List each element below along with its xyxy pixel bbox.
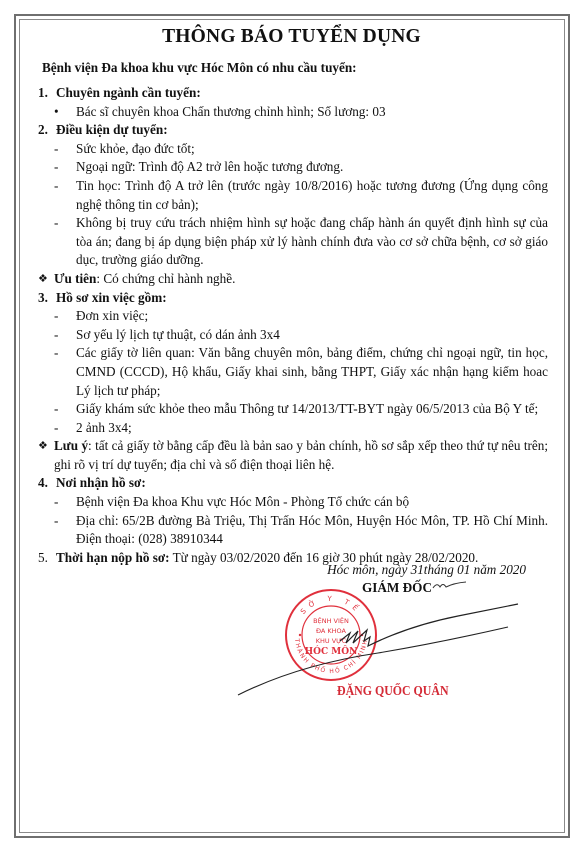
svg-text:BỆNH VIỆN: BỆNH VIỆN	[313, 616, 349, 625]
document-body: 1. Chuyên ngành cần tuyển: • Bác sĩ chuy…	[38, 84, 548, 567]
note-text: : tất cả giấy tờ bằng cấp đều là bản sao…	[54, 438, 548, 472]
section-number: 4.	[38, 474, 56, 493]
svg-text:SỞ Y TẾ: SỞ Y TẾ	[299, 595, 364, 616]
dash-icon: -	[54, 493, 76, 512]
list-item-text: Bác sĩ chuyên khoa Chấn thương chỉnh hìn…	[76, 103, 548, 122]
list-item-text: Các giấy tờ liên quan: Văn bằng chuyên m…	[76, 344, 548, 400]
list-item-text: Giấy khám sức khỏe theo mẫu Thông tư 14/…	[76, 400, 548, 419]
diamond-bullet-icon: ❖	[38, 437, 54, 474]
priority-note: ❖ Ưu tiên: Có chứng chỉ hành nghề.	[38, 270, 548, 289]
section-number: 5.	[38, 549, 56, 568]
bullet-icon: •	[54, 103, 76, 122]
section-heading: Nơi nhận hồ sơ:	[56, 474, 146, 493]
section-number: 3.	[38, 289, 56, 308]
dash-icon: -	[54, 400, 76, 419]
dash-icon: -	[54, 512, 76, 549]
list-item: - Tin học: Trình độ A trở lên (trước ngà…	[38, 177, 548, 214]
note-text: : Có chứng chỉ hành nghề.	[96, 271, 235, 286]
list-item: - Đơn xin việc;	[38, 307, 548, 326]
document-title: THÔNG BÁO TUYỂN DỤNG	[0, 26, 583, 48]
list-item-text: Sơ yếu lý lịch tự thuật, có dán ảnh 3x4	[76, 326, 548, 345]
list-item-text: Tin học: Trình độ A trở lên (trước ngày …	[76, 177, 548, 214]
section-heading: Hồ sơ xin việc gồm:	[56, 289, 167, 308]
list-item: - Giấy khám sức khỏe theo mẫu Thông tư 1…	[38, 400, 548, 419]
list-item: - Bệnh viện Đa khoa Khu vực Hóc Môn - Ph…	[38, 493, 548, 512]
section-2-heading: 2. Điều kiện dự tuyển:	[38, 121, 548, 140]
list-item: - Địa chỉ: 65/2B đường Bà Triệu, Thị Trấ…	[38, 512, 548, 549]
section-4-heading: 4. Nơi nhận hồ sơ:	[38, 474, 548, 493]
date-line: Hóc môn, ngày 31tháng 01 năm 2020	[280, 562, 526, 578]
list-item-text: Không bị truy cứu trách nhiệm hình sự ho…	[76, 214, 548, 270]
list-item: - 2 ảnh 3x4;	[38, 419, 548, 438]
dash-icon: -	[54, 326, 76, 345]
list-item: - Sức khỏe, đạo đức tốt;	[38, 140, 548, 159]
dash-icon: -	[54, 158, 76, 177]
list-item-text: 2 ảnh 3x4;	[76, 419, 548, 438]
list-item: - Sơ yếu lý lịch tự thuật, có dán ảnh 3x…	[38, 326, 548, 345]
dash-icon: -	[54, 177, 76, 214]
list-item-text: Sức khỏe, đạo đức tốt;	[76, 140, 548, 159]
diamond-bullet-icon: ❖	[38, 270, 54, 289]
section-heading: Thời hạn nộp hồ sơ:	[56, 550, 170, 565]
section-3-heading: 3. Hồ sơ xin việc gồm:	[38, 289, 548, 308]
list-item-text: Ngoại ngữ: Trình độ A2 trở lên hoặc tươn…	[76, 158, 548, 177]
intro-line: Bệnh viện Đa khoa khu vực Hóc Môn có nhu…	[42, 60, 357, 76]
attention-note: ❖ Lưu ý: tất cả giấy tờ bằng cấp đều là …	[38, 437, 548, 474]
note-label: Lưu ý	[54, 438, 88, 453]
dash-icon: -	[54, 419, 76, 438]
signer-name: ĐẶNG QUỐC QUÂN	[337, 683, 449, 699]
section-number: 2.	[38, 121, 56, 140]
svg-text:HÓC MÔN: HÓC MÔN	[305, 645, 358, 657]
section-1-heading: 1. Chuyên ngành cần tuyển:	[38, 84, 548, 103]
list-item-text: Bệnh viện Đa khoa Khu vực Hóc Môn - Phòn…	[76, 493, 548, 512]
dash-icon: -	[54, 344, 76, 400]
section-heading: Chuyên ngành cần tuyển:	[56, 84, 201, 103]
dash-icon: -	[54, 140, 76, 159]
list-item: - Không bị truy cứu trách nhiệm hình sự …	[38, 214, 548, 270]
dash-icon: -	[54, 307, 76, 326]
list-item: - Ngoại ngữ: Trình độ A2 trở lên hoặc tư…	[38, 158, 548, 177]
svg-text:KHU VỰC: KHU VỰC	[316, 637, 347, 645]
list-item: • Bác sĩ chuyên khoa Chấn thương chỉnh h…	[38, 103, 548, 122]
section-heading: Điều kiện dự tuyển:	[56, 121, 168, 140]
dash-icon: -	[54, 214, 76, 270]
official-stamp: SỞ Y TẾ THÀNH PHỐ HỒ CHÍ MINH BỆNH VIỆN …	[283, 587, 379, 683]
list-item-text: Địa chỉ: 65/2B đường Bà Triệu, Thị Trấn …	[76, 512, 548, 549]
svg-text:ĐA KHOA: ĐA KHOA	[316, 627, 347, 635]
section-number: 1.	[38, 84, 56, 103]
list-item-text: Đơn xin việc;	[76, 307, 548, 326]
list-item: - Các giấy tờ liên quan: Văn bằng chuyên…	[38, 344, 548, 400]
note-label: Ưu tiên	[54, 271, 96, 286]
